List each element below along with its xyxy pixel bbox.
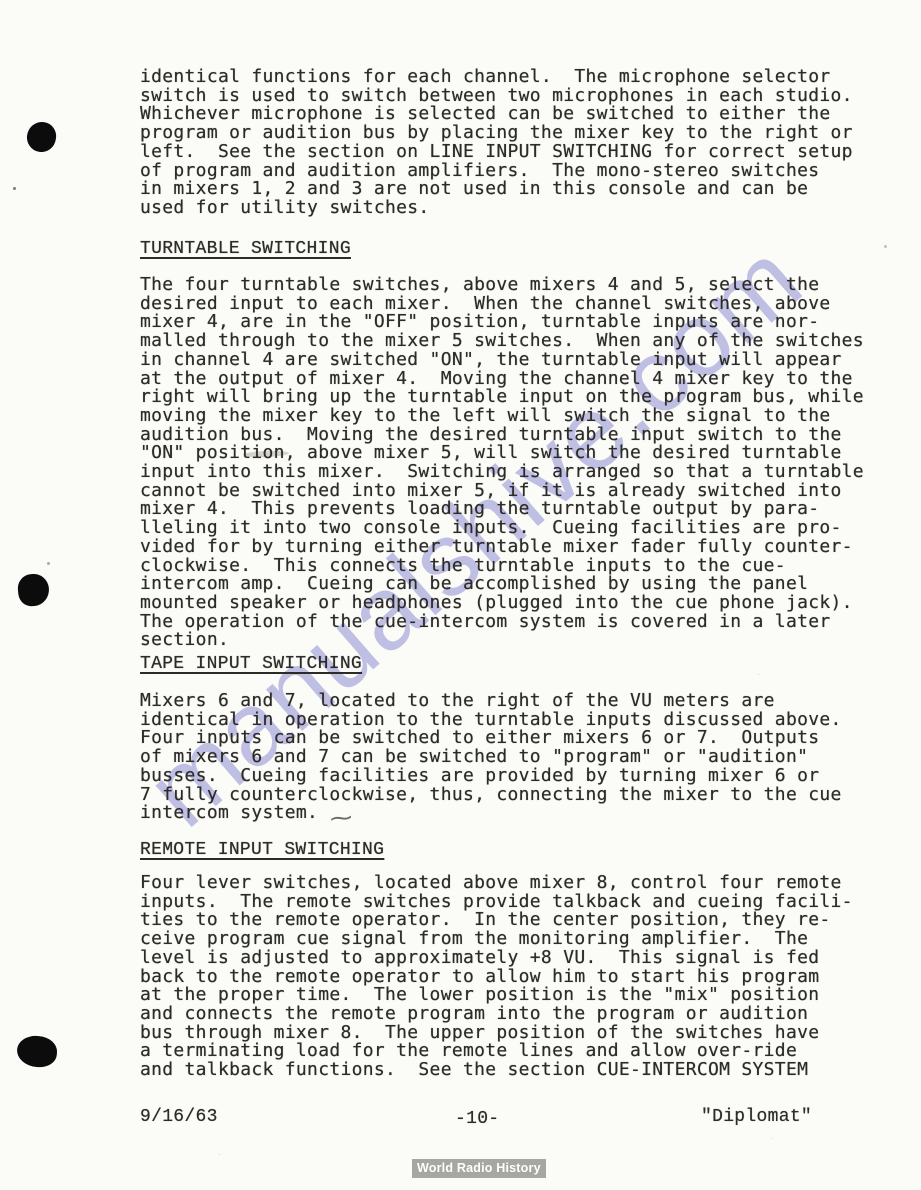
section-body-turntable-switching: The four turntable switches, above mixer…	[140, 276, 900, 650]
intro-paragraph: identical functions for each channel. Th…	[140, 68, 900, 218]
section-heading-tape-input-switching: TAPE INPUT SWITCHING	[140, 654, 362, 674]
section-body-remote-input-switching: Four lever switches, located above mixer…	[140, 874, 900, 1080]
scanned-manual-page: ⁓ manualshive.com identical functions fo…	[0, 0, 921, 1190]
footer-date: 9/16/63	[140, 1107, 218, 1127]
footer-model-name: "Diplomat"	[701, 1107, 812, 1127]
punch-dot-middle	[16, 572, 50, 607]
punch-dot-bottom	[16, 1035, 58, 1069]
section-heading-remote-input-switching: REMOTE INPUT SWITCHING	[140, 840, 384, 860]
scan-specks	[13, 187, 16, 190]
section-heading-turntable-switching: TURNTABLE SWITCHING	[140, 239, 351, 259]
world-radio-history-stamp: World Radio History	[412, 1159, 546, 1178]
section-body-tape-input-switching: Mixers 6 and 7, located to the right of …	[140, 692, 900, 823]
footer-page-number: -10-	[455, 1109, 499, 1129]
punch-dot-top	[25, 120, 58, 154]
